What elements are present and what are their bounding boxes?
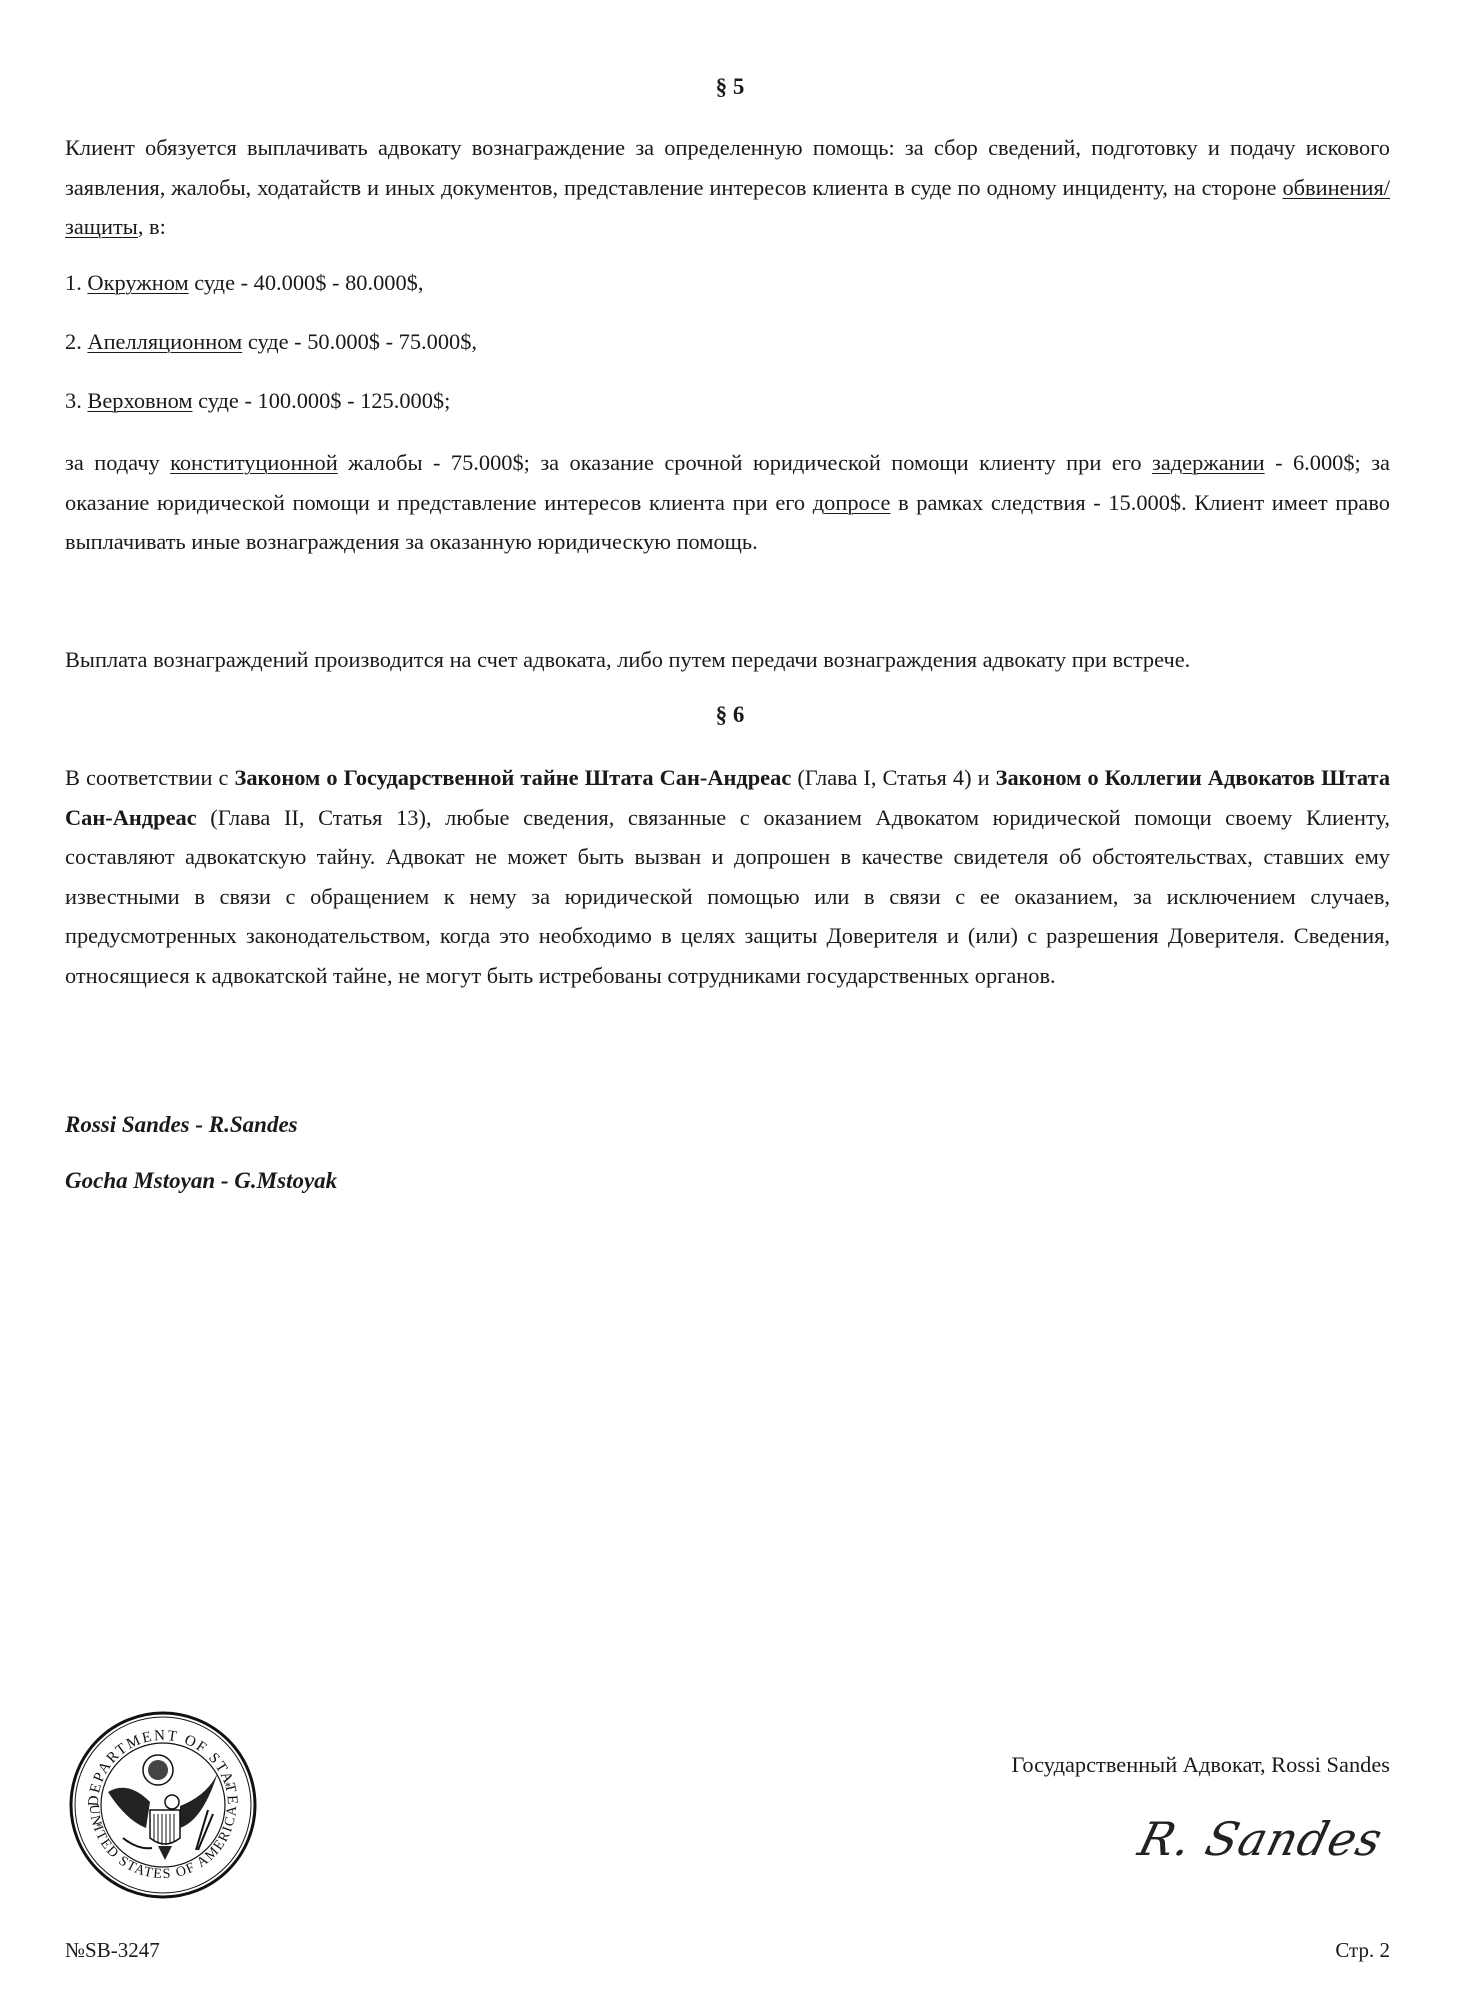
court-fee-item-1: 1. Окружном суде - 40.000$ - 80.000$, — [65, 270, 423, 296]
section-6-heading: § 6 — [0, 702, 1460, 728]
section-6-paragraph: В соответствии с Законом о Государственн… — [65, 758, 1390, 995]
signatory-2: Gocha Mstoyan - G.Mstoyak — [65, 1168, 337, 1194]
section-5-intro-paragraph: Клиент обязуется выплачивать адвокату во… — [65, 128, 1390, 247]
section-5-heading: § 5 — [0, 74, 1460, 100]
document-number: №SB-3247 — [65, 1938, 160, 1963]
signature-title: Государственный Адвокат, Rossi Sandes — [1011, 1752, 1390, 1778]
court-name: Верховном — [87, 388, 192, 413]
additional-fees-paragraph: за подачу конституционной жалобы - 75.00… — [65, 443, 1390, 562]
payment-paragraph: Выплата вознаграждений производится на с… — [65, 647, 1190, 673]
handwritten-signature: R. Sandes — [1134, 1812, 1389, 1866]
department-of-state-seal: DEPARTMENT OF STATE UNITED STATES OF AME… — [68, 1710, 258, 1900]
svg-text:*: * — [96, 1819, 102, 1833]
page-number: Стр. 2 — [1335, 1938, 1390, 1963]
court-fee-item-2: 2. Апелляционном суде - 50.000$ - 75.000… — [65, 329, 477, 355]
court-name: Окружном — [87, 270, 188, 295]
svg-text:*: * — [225, 1779, 231, 1793]
law-reference-state-secret: Законом о Государственной тайне Штата Са… — [235, 765, 792, 790]
seal-icon: DEPARTMENT OF STATE UNITED STATES OF AME… — [68, 1710, 258, 1900]
signatory-1: Rossi Sandes - R.Sandes — [65, 1112, 298, 1138]
court-fee-item-3: 3. Верховном суде - 100.000$ - 125.000$; — [65, 388, 450, 414]
court-name: Апелляционном — [87, 329, 242, 354]
